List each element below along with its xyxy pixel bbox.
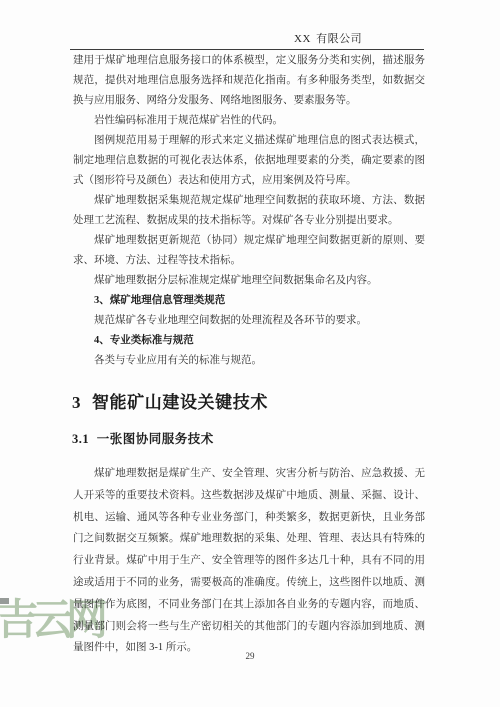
subsection-heading: 3.1 一张图协同服务技术 (72, 429, 214, 447)
list-subheading: 3、煤矿地理信息管理类规范 (73, 291, 425, 311)
paragraph: 各类与专业应用有关的标准与规范。 (73, 351, 425, 371)
paragraph: 图例规范用易于理解的形式来定义描述煤矿地理信息的图式表达模式，制定地理信息数据的… (73, 131, 425, 191)
paragraph: 煤矿地理数据采集规范规定煤矿地理空间数据的获取环境、方法、数据处理工艺流程、数据… (73, 191, 425, 231)
scan-artifact-mark (0, 598, 9, 604)
list-subheading: 4、专业类标准与规范 (73, 331, 425, 351)
paragraph: 煤矿地理数据更新规范（协同）规定煤矿地理空间数据更新的原则、要求、环境、方法、过… (73, 231, 425, 271)
paragraph: 岩性编码标准用于规范煤矿岩性的代码。 (73, 111, 425, 131)
document-page: 吉云网 XX 有限公司 建用于煤矿地理信息服务接口的体系模型，定义服务分类和实例… (0, 0, 500, 707)
body-text-block: 建用于煤矿地理信息服务接口的体系模型，定义服务分类和实例，描述服务规范，提供对地… (73, 51, 425, 371)
paragraph: 煤矿地理数据是煤矿生产、安全管理、灾害分析与防治、应急救援、无人开采等的重要技术… (73, 463, 425, 659)
paragraph: 建用于煤矿地理信息服务接口的体系模型，定义服务分类和实例，描述服务规范，提供对地… (73, 51, 425, 111)
header-rule (70, 49, 424, 50)
paragraph: 规范煤矿各专业地理空间数据的处理流程及各环节的要求。 (73, 311, 425, 331)
header-company: XX 有限公司 (294, 30, 362, 46)
page-number: 29 (0, 651, 500, 661)
section-heading: 3 智能矿山建设关键技术 (72, 388, 268, 413)
paragraph: 煤矿地理数据分层标准规定煤矿地理空间数据集命名及内容。 (73, 271, 425, 291)
